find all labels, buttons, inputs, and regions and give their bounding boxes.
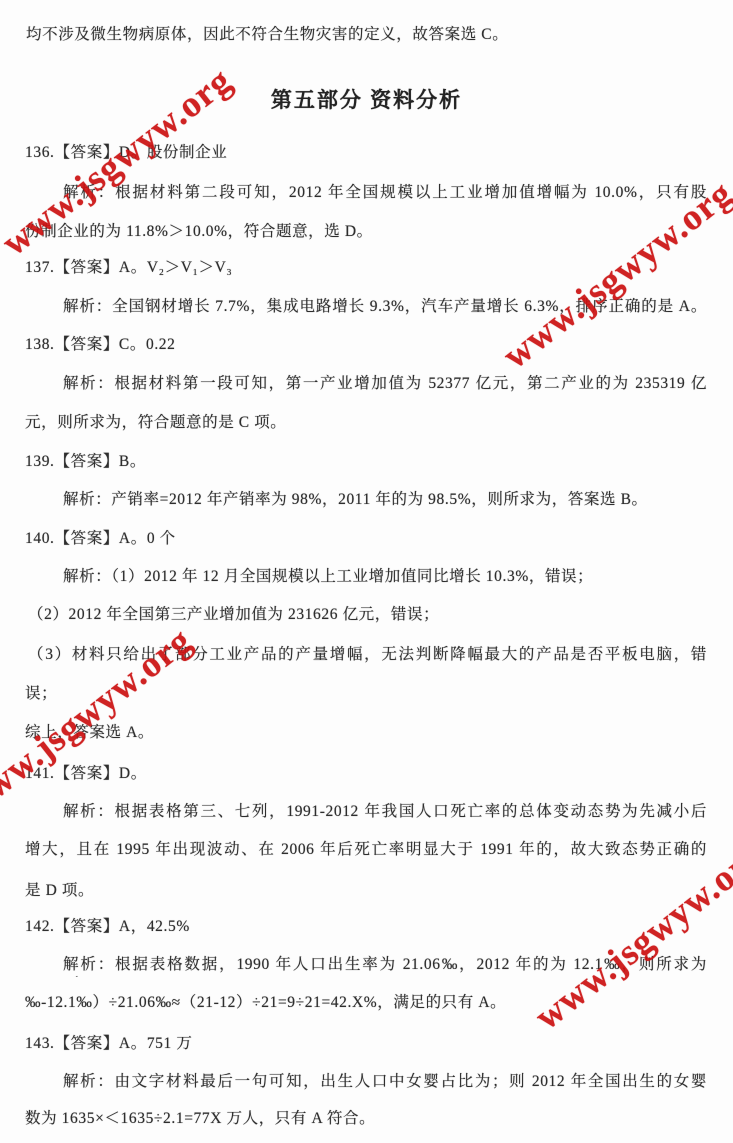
text-line: 解析：产销率=2012 年产销率为 98%，2011 年的为 98.5%，则所求…	[63, 490, 648, 510]
text-line: 均不涉及微生物病原体，因此不符合生物灾害的定义，故答案选 C。	[26, 25, 508, 45]
text-line: 解析：根据表格第三、七列，1991-2012 年我国人口死亡率的总体变动态势为先…	[63, 802, 707, 824]
text-line: 142.【答案】A，42.5%	[25, 917, 190, 937]
text-line: 数为 1635×＜1635÷2.1=77X 万人，只有 A 符合。	[25, 1109, 375, 1129]
text-line: 137.【答案】A。V₂＞V₁＞V₃	[25, 258, 232, 278]
text-line: 解析：由文字材料最后一句可知，出生人口中女婴占比为；则 2012 年全国出生的女…	[63, 1072, 707, 1094]
text-line: ‰-12.1‰）÷21.06‰≈（21-12）÷21=9÷21=42.X%，满足…	[25, 993, 506, 1013]
text-line: 解析：根据材料第一段可知，第一产业增加值为 52377 亿元，第二产业的为 23…	[63, 374, 707, 396]
text-line: 140.【答案】A。0 个	[25, 529, 176, 549]
text-line: （2）2012 年全国第三产业增加值为 231626 亿元，错误；	[28, 605, 439, 625]
text-line: 份制企业的为 11.8%＞10.0%，符合题意，选 D。	[25, 222, 373, 242]
watermark-text: www.jsgwyw.org	[527, 833, 733, 1039]
text-line: 139.【答案】B。	[25, 452, 146, 472]
text-line: 解析：全国钢材增长 7.7%，集成电路增长 9.3%，汽车产量增长 6.3%，排…	[63, 297, 707, 319]
text-line: 误；	[25, 684, 57, 704]
section-title: 第五部分 资料分析	[0, 84, 733, 114]
scanned-answer-page: 第五部分 资料分析 均不涉及微生物病原体，因此不符合生物灾害的定义，故答案选 C…	[0, 0, 733, 1143]
text-line: 是 D 项。	[25, 881, 94, 901]
text-line: 增大，且在 1995 年出现波动、在 2006 年后死亡率明显大于 1991 年…	[25, 840, 707, 862]
text-line: 综上，答案选 A。	[25, 723, 154, 743]
text-line: 136.【答案】D。股份制企业	[25, 143, 227, 163]
text-line: （3）材料只给出了部分工业产品的产量增幅，无法判断降幅最大的产品是否平板电脑，错	[28, 645, 707, 667]
text-line: 解析：（1）2012 年 12 月全国规模以上工业增加值同比增长 10.3%，错…	[63, 567, 593, 587]
text-line: 解析：根据表格数据，1990 年人口出生率为 21.06‰，2012 年的为 1…	[63, 955, 707, 977]
text-line: 138.【答案】C。0.22	[25, 335, 176, 355]
text-line: 141.【答案】D。	[25, 764, 147, 784]
text-line: 元，则所求为，符合题意的是 C 项。	[25, 413, 286, 433]
text-line: 解析：根据材料第二段可知，2012 年全国规模以上工业增加值增幅为 10.0%，…	[63, 183, 707, 205]
text-line: 143.【答案】A。751 万	[25, 1034, 192, 1054]
